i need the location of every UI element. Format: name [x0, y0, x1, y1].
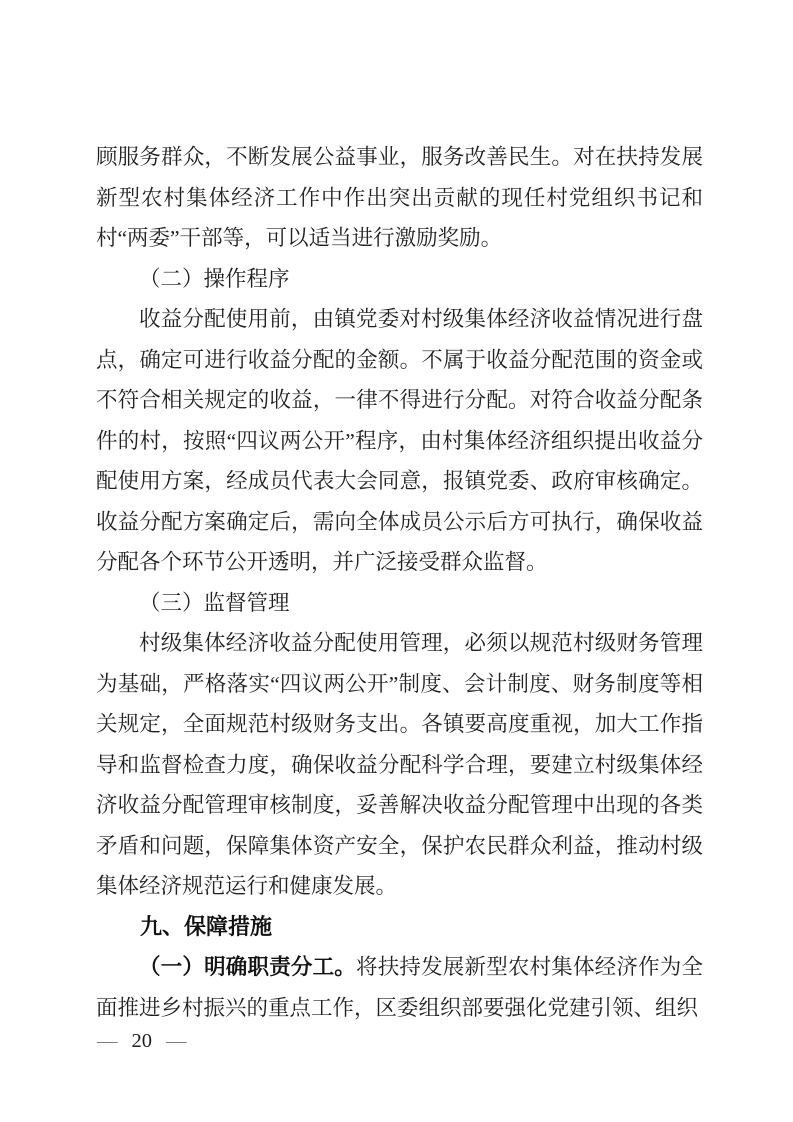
subheading-supervision-management: （三）监督管理	[96, 583, 703, 624]
subheading-operation-procedure: （二）操作程序	[96, 259, 703, 300]
heading-section-nine-safeguards: 九、保障措施	[96, 907, 703, 948]
footer-dash-left: —	[97, 1030, 118, 1052]
paragraph-supervision-detail: 村级集体经济收益分配使用管理，必须以规范村级财务管理为基础，严格落实“四议两公开…	[96, 623, 703, 907]
page-number: 20	[132, 1030, 153, 1052]
paragraph-income-distribution: 收益分配使用前，由镇党委对村级集体经济收益情况进行盘点，确定可进行收益分配的金额…	[96, 299, 703, 583]
document-page: 顾服务群众，不断发展公益事业，服务改善民生。对在扶持发展新型农村集体经济工作中作…	[0, 0, 793, 1122]
paragraph-responsibility-division: （一）明确职责分工。将扶持发展新型农村集体经济作为全面推进乡村振兴的重点工作，区…	[96, 947, 703, 1028]
page-footer: —20—	[97, 1029, 187, 1053]
document-body: 顾服务群众，不断发展公益事业，服务改善民生。对在扶持发展新型农村集体经济工作中作…	[96, 137, 703, 1028]
paragraph-lead-bold: （一）明确职责分工。	[139, 955, 356, 979]
paragraph-continuation: 顾服务群众，不断发展公益事业，服务改善民生。对在扶持发展新型农村集体经济工作中作…	[96, 137, 703, 259]
footer-dash-right: —	[166, 1030, 187, 1052]
